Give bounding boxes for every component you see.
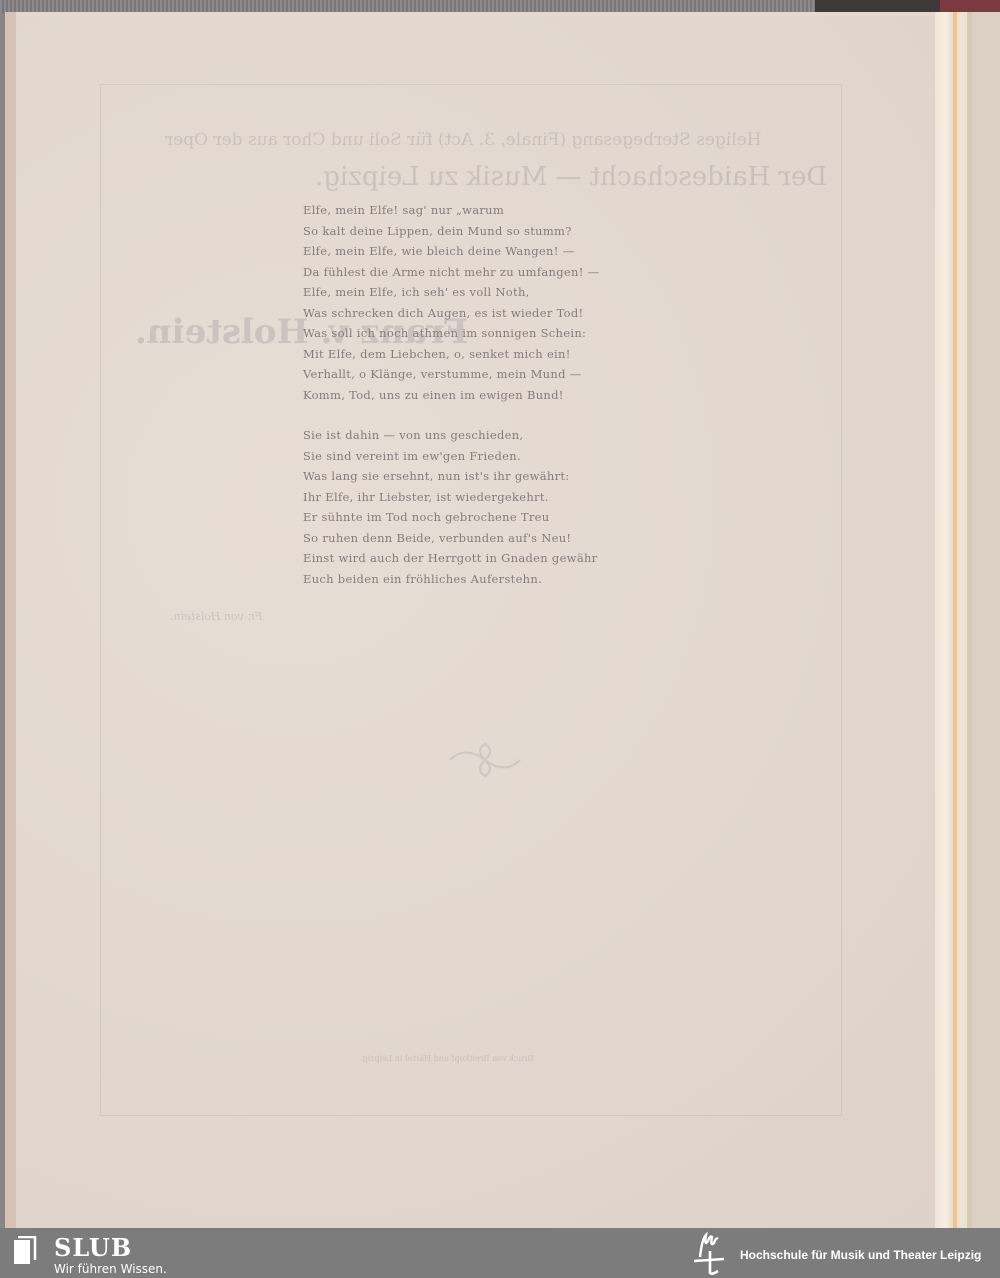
lyric-line: Euch beiden ein fröhliches Auferstehn. — [303, 569, 823, 590]
lyric-line: Elfe, mein Elfe! sag' nur „warum — [303, 200, 823, 221]
bleed-through-ornament-icon — [445, 740, 525, 780]
lyric-line: Was soll ich noch athmen im sonnigen Sch… — [303, 323, 823, 344]
lyric-line: Da fühlest die Arme nicht mehr zu umfang… — [303, 262, 823, 283]
scanned-page: Heliges Sterbegesang (Finale, 3. Act) fü… — [5, 12, 935, 1228]
lyric-line: Sie ist dahin — von uns geschieden, — [303, 425, 823, 446]
bleed-through-heading-line1: Heliges Sterbegesang (Finale, 3. Act) fü… — [165, 130, 762, 150]
lyric-line: Was lang sie ersehnt, nun ist's ihr gewä… — [303, 466, 823, 487]
lyric-line: Einst wird auch der Herrgott in Gnaden g… — [303, 548, 823, 569]
lyric-line: Er sühnte im Tod noch gebrochene Treu — [303, 507, 823, 528]
book-spine-edge — [957, 12, 967, 1228]
lyric-line: So ruhen denn Beide, verbunden auf's Neu… — [303, 528, 823, 549]
lyric-line: Sie sind vereint im ew'gen Frieden. — [303, 446, 823, 467]
lyric-line: Mit Elfe, dem Liebchen, o, senket mich e… — [303, 344, 823, 365]
lyrics-stanza-1: Elfe, mein Elfe! sag' nur „warum So kalt… — [303, 200, 823, 405]
lyric-line: Ihr Elfe, ihr Liebster, ist wiedergekehr… — [303, 487, 823, 508]
bleed-through-heading-line2: Der Haideschacht — Musik zu Leipzig. — [315, 162, 827, 192]
book-spine-edge — [935, 12, 953, 1228]
lyric-line: Was schrecken dich Augen, es ist wieder … — [303, 303, 823, 324]
bleed-through-signature: Fr. von Holstein. — [170, 610, 263, 623]
bleed-through-printer: Druck von Breitkopf und Härtel in Leipzi… — [360, 1054, 534, 1063]
lyric-line: Komm, Tod, uns zu einen im ewigen Bund! — [303, 385, 823, 406]
lyric-line: Verhallt, o Klänge, verstumme, mein Mund… — [303, 364, 823, 385]
lyric-line: So kalt deine Lippen, dein Mund so stumm… — [303, 221, 823, 242]
hmt-institution-name[interactable]: Hochschule für Musik und Theater Leipzig — [740, 1248, 981, 1262]
lyrics-stanza-2: Sie ist dahin — von uns geschieden, Sie … — [303, 425, 823, 589]
hmt-monogram-icon[interactable] — [692, 1231, 728, 1275]
lyric-line: Elfe, mein Elfe, wie bleich deine Wangen… — [303, 241, 823, 262]
book-icon[interactable] — [14, 1236, 40, 1264]
lyrics-text: Elfe, mein Elfe! sag' nur „warum So kalt… — [303, 200, 823, 609]
viewer-footer-bar: SLUB Wir führen Wissen. Hochschule für M… — [0, 1228, 1000, 1278]
slub-logo-title[interactable]: SLUB — [54, 1233, 132, 1262]
page-left-edge — [5, 12, 16, 1228]
lyric-line: Elfe, mein Elfe, ich seh' es voll Noth, — [303, 282, 823, 303]
slub-logo-subtitle: Wir führen Wissen. — [54, 1262, 167, 1276]
next-page-edge — [972, 12, 1000, 1228]
